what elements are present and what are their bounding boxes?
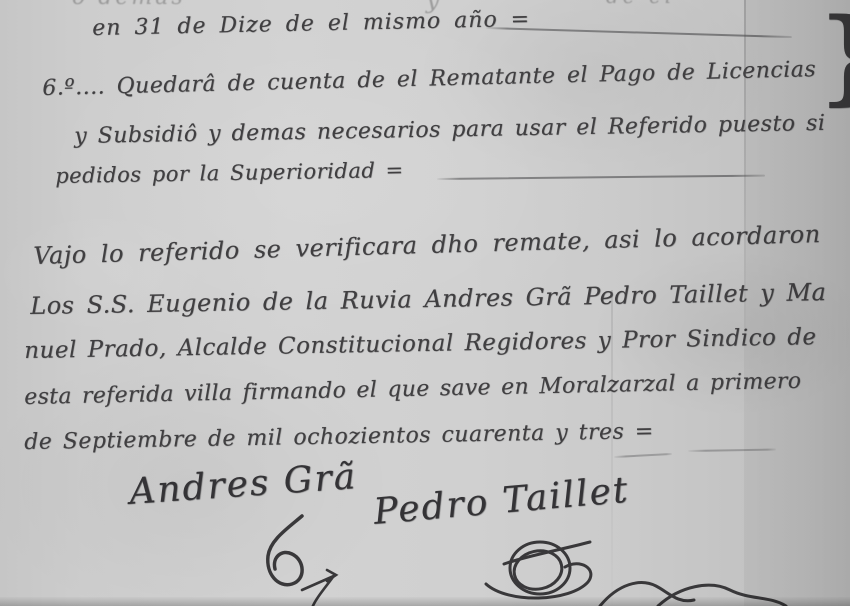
- fill-line: [614, 453, 672, 458]
- page-fold: [744, 0, 746, 340]
- closing-line-2: Los S.S. Eugenio de la Ruvia Andres Grã …: [30, 278, 827, 320]
- clause6-line-1: 6.º.... Quedarâ de cuenta de el Rematant…: [42, 57, 816, 101]
- date-line: en 31 de Dize de el mismo año =: [92, 7, 530, 41]
- closing-line-4: esta referida villa firmando el que save…: [24, 369, 802, 410]
- signature-pedro-taillet: Pedro Taillet: [372, 470, 631, 533]
- top-edge-fragment: de el: [606, 0, 675, 8]
- clause6-line-3: pedidos por la Superioridad =: [55, 158, 404, 188]
- fill-line: [437, 175, 765, 180]
- signature-andres-gra: Andres Grã: [128, 456, 358, 513]
- top-edge-fragment: o demas: [72, 0, 186, 10]
- clause6-line-2: y Subsidiô y demas necesarios para usar …: [74, 111, 826, 149]
- curly-brace-icon: }: [820, 0, 850, 116]
- closing-line-1: Vajo lo referido se verificara dho remat…: [33, 220, 821, 270]
- fill-line: [688, 448, 776, 452]
- rubric-scribble-icon: [468, 536, 618, 606]
- scan-edge-shadow: [0, 597, 850, 606]
- closing-line-3: nuel Prado, Alcalde Constitucional Regid…: [24, 324, 817, 364]
- manuscript-page: o demas y de el en 31 de Dize de el mism…: [0, 0, 850, 606]
- closing-line-5: de Septiembre de mil ochozientos cuarent…: [24, 419, 654, 455]
- page-fold: [611, 290, 613, 606]
